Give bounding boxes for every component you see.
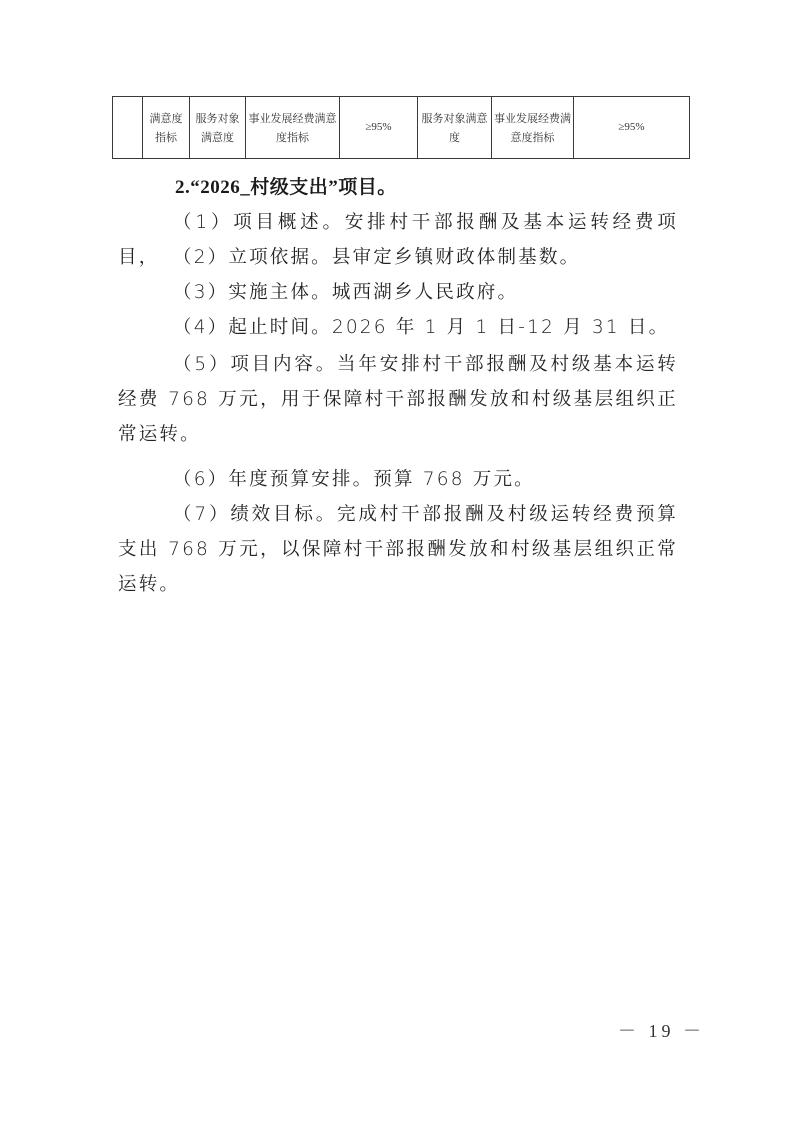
table-cell-indicator-name: 事业发展经费满意度指标 — [246, 97, 340, 159]
paragraph-implementer: （3）实施主体。城西湖乡人民政府。 — [118, 275, 678, 310]
paragraph-budget: （6）年度预算安排。预算 768 万元。 — [118, 462, 678, 497]
table-cell-indicator-subcategory-2: 服务对象满意度 — [418, 97, 492, 159]
table-cell-empty — [113, 97, 143, 159]
table-cell-target-value: ≥95% — [340, 97, 418, 159]
paragraph-goals: （7）绩效目标。完成村干部报酬及村级运转经费预算支出 768 万元，以保障村干部… — [118, 497, 678, 602]
table-cell-indicator-name-2: 事业发展经费满意度指标 — [492, 97, 574, 159]
table-cell-target-value-2: ≥95% — [574, 97, 690, 159]
page-number: － 19 － — [618, 1017, 705, 1043]
table-cell-indicator-category: 满意度指标 — [143, 97, 190, 159]
paragraph-period: （4）起止时间。2026 年 1 月 1 日-12 月 31 日。 — [118, 310, 678, 345]
section-heading: 2.“2026_村级支出”项目。 — [175, 172, 397, 199]
paragraph-content: （5）项目内容。当年安排村干部报酬及村级基本运转经费 768 万元，用于保障村干… — [118, 347, 678, 452]
table-row: 满意度指标 服务对象满意度 事业发展经费满意度指标 ≥95% 服务对象满意度 事… — [113, 97, 690, 159]
performance-indicator-table: 满意度指标 服务对象满意度 事业发展经费满意度指标 ≥95% 服务对象满意度 事… — [112, 96, 690, 159]
paragraph-basis: （2）立项依据。县审定乡镇财政体制基数。 — [118, 240, 678, 275]
table-cell-indicator-subcategory: 服务对象满意度 — [190, 97, 246, 159]
